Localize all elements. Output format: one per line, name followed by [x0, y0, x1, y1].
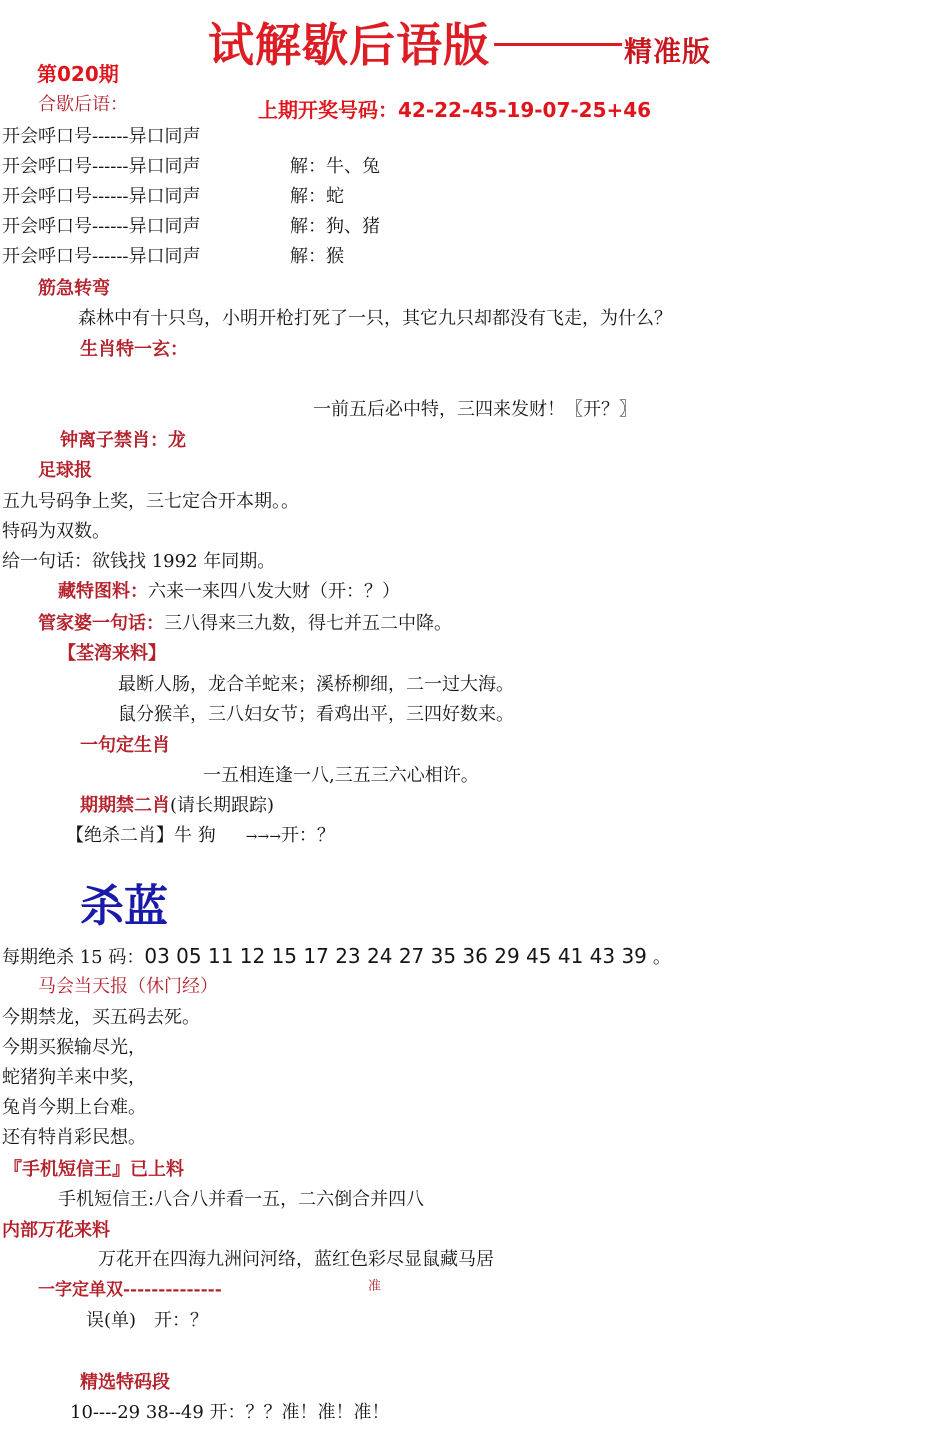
football-line: 给一句话：欲钱找 1992 年同期。 [2, 553, 275, 571]
xiehouyu-answer: 解：蛇 [290, 188, 344, 206]
guanjiapo-line: 管家婆一句话：三八得来三九数，得七并五二中降。 [38, 615, 452, 633]
last-draw-label: 上期开奖号码： [258, 98, 398, 122]
qiqi-kill-text: 【绝杀二肖】牛 狗 [66, 825, 216, 846]
xiehouyu-row: 开会呼口号------异口同声 [2, 158, 201, 176]
arrow-right-icon: →→→ [246, 829, 281, 845]
quanwan-heading: 【荃湾来料】 [58, 645, 166, 663]
cangte-label: 藏特图料： [58, 581, 148, 602]
yiju-text: 一五相连逢一八,三五三六心相许。 [203, 767, 479, 785]
shalan-label: 每期绝杀 15 码： [2, 947, 144, 968]
mahui-line: 蛇猪狗羊来中奖， [2, 1069, 146, 1087]
shengxiao-heading: 生肖特一玄： [80, 341, 188, 359]
danshuang-mark: 准 [368, 1280, 381, 1293]
mahui-line: 还有特肖彩民想。 [2, 1129, 146, 1147]
mahui-line: 今期买猴输尽光， [2, 1039, 146, 1057]
title-suffix: 精准版 [624, 35, 711, 68]
qiqi-note: (请长期跟踪) [170, 795, 274, 816]
quanwan-line: 鼠分猴羊，三八妇女节；看鸡出平，三四好数来。 [118, 706, 514, 724]
qiqi-line: 【绝杀二肖】牛 狗→→→开：？ [66, 827, 335, 845]
cangte-line: 藏特图料：六来一来四八发大财（开：？） [58, 583, 400, 601]
football-line: 五九号码争上奖，三七定合开本期。。 [2, 493, 299, 511]
title-main: 试解歇后语版 [208, 18, 490, 72]
brain-teaser-question: 森林中有十只鸟，小明开枪打死了一只，其它九只却都没有飞走，为什么？ [78, 310, 672, 328]
yiju-heading: 一句定生肖 [80, 737, 170, 755]
brain-teaser-heading: 筋急转弯 [38, 280, 110, 298]
xiehouyu-answer: 解：狗、猪 [290, 218, 380, 236]
wanhua-text: 万花开在四海九洲问河络，蓝红色彩尽显鼠藏马居 [98, 1251, 494, 1269]
xiehouyu-row: 开会呼口号------异口同声 [2, 188, 201, 206]
sms-heading: 『手机短信王』已上料 [4, 1161, 184, 1179]
xiehouyu-row: 开会呼口号------异口同声 [2, 128, 201, 146]
jingxuan-heading: 精选特码段 [80, 1374, 170, 1392]
shalan-line: 每期绝杀 15 码：03 05 11 12 15 17 23 24 27 35 … [2, 946, 671, 967]
shengxiao-text: 一前五后必中特，三四来发财！〖开？〗 [313, 401, 637, 419]
mahui-line: 今期禁龙，买五码去死。 [2, 1009, 200, 1027]
football-heading: 足球报 [38, 462, 92, 480]
xiehouyu-answer: 解：猴 [290, 248, 344, 266]
cangte-text: 六来一来四八发大财（开：？） [148, 581, 400, 602]
xiehouyu-answer: 解：牛、兔 [290, 158, 380, 176]
danshuang-text: 误(单) 开：？ [86, 1312, 208, 1330]
xiehouyu-row: 开会呼口号------异口同声 [2, 248, 201, 266]
football-line: 特码为双数。 [2, 523, 110, 541]
danshuang-heading: 一字定单双-------------- [38, 1282, 222, 1299]
guanjiapo-label: 管家婆一句话： [38, 613, 164, 634]
qiqi-result: 开：？ [281, 825, 335, 846]
quanwan-line: 最断人肠，龙合羊蛇来；溪桥柳细，二一过大海。 [118, 676, 514, 694]
jingxuan-text: 10----29 38--49 开：？？准！准！准！ [70, 1404, 390, 1422]
zhongli-text: 钟离子禁肖：龙 [60, 432, 186, 450]
qiqi-heading: 期期禁二肖 [80, 795, 170, 816]
shalan-end: 。 [653, 947, 671, 968]
mahui-heading: 马会当天报（休门经） [38, 978, 218, 996]
qiqi-heading-line: 期期禁二肖(请长期跟踪) [80, 797, 274, 815]
page-title: 试解歇后语版精准版 [208, 22, 711, 68]
shalan-numbers: 03 05 11 12 15 17 23 24 27 35 36 29 45 4… [144, 944, 647, 968]
mahui-line: 兔肖今期上台难。 [2, 1099, 146, 1117]
title-divider [494, 43, 622, 46]
xiehouyu-row: 开会呼口号------异口同声 [2, 218, 201, 236]
last-draw-numbers: 42-22-45-19-07-25+46 [398, 98, 651, 122]
shalan-heading: 杀蓝 [80, 885, 168, 929]
wanhua-heading: 内部万花来料 [2, 1222, 110, 1240]
xiehouyu-heading: 合歇后语： [38, 96, 128, 114]
sms-text: 手机短信王:八合八并看一五，二六倒合并四八 [58, 1191, 424, 1209]
issue-number: 第020期 [37, 64, 119, 84]
guanjiapo-text: 三八得来三九数，得七并五二中降。 [164, 613, 452, 634]
last-draw: 上期开奖号码：42-22-45-19-07-25+46 [258, 100, 651, 120]
